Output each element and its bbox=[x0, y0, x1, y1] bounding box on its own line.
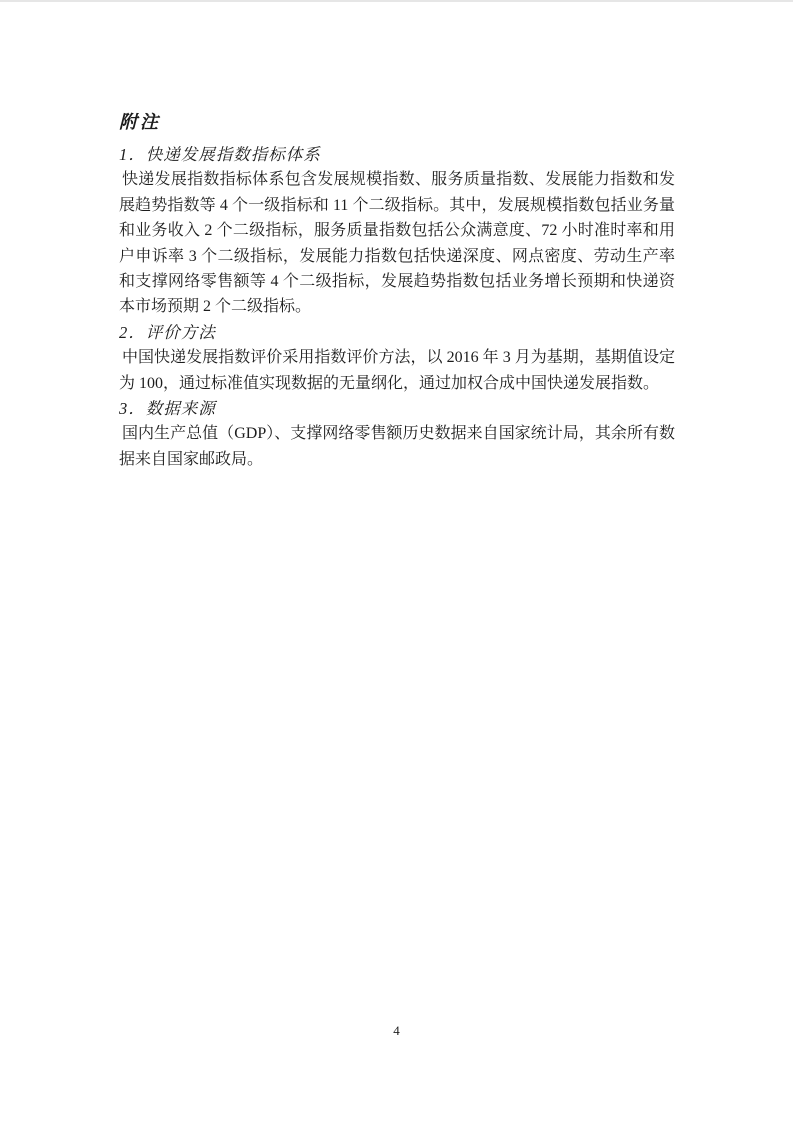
section-evaluation-method: 2．评价方法 中国快递发展指数评价采用指数评价方法，以 2016 年 3 月为基… bbox=[119, 320, 675, 396]
section-1-title: 1．快递发展指数指标体系 bbox=[119, 142, 675, 167]
section-3-body: 国内生产总值（GDP）、支撑网络零售额历史数据来自国家统计局，其余所有数据来自国… bbox=[119, 421, 675, 472]
notes-heading: 附注 bbox=[119, 109, 675, 135]
section-3-title: 3．数据来源 bbox=[119, 396, 675, 421]
page-top-edge bbox=[0, 0, 793, 2]
section-2-title: 2．评价方法 bbox=[119, 320, 675, 345]
section-2-body: 中国快递发展指数评价采用指数评价方法，以 2016 年 3 月为基期，基期值设定… bbox=[119, 345, 675, 396]
notes-content: 附注 1．快递发展指数指标体系 快递发展指数指标体系包含发展规模指数、服务质量指… bbox=[119, 109, 675, 472]
page-number: 4 bbox=[0, 1023, 793, 1039]
section-1-body: 快递发展指数指标体系包含发展规模指数、服务质量指数、发展能力指数和发展趋势指数等… bbox=[119, 167, 675, 319]
document-page: 附注 1．快递发展指数指标体系 快递发展指数指标体系包含发展规模指数、服务质量指… bbox=[0, 0, 793, 1122]
section-data-source: 3．数据来源 国内生产总值（GDP）、支撑网络零售额历史数据来自国家统计局，其余… bbox=[119, 396, 675, 472]
section-indicator-system: 1．快递发展指数指标体系 快递发展指数指标体系包含发展规模指数、服务质量指数、发… bbox=[119, 142, 675, 320]
